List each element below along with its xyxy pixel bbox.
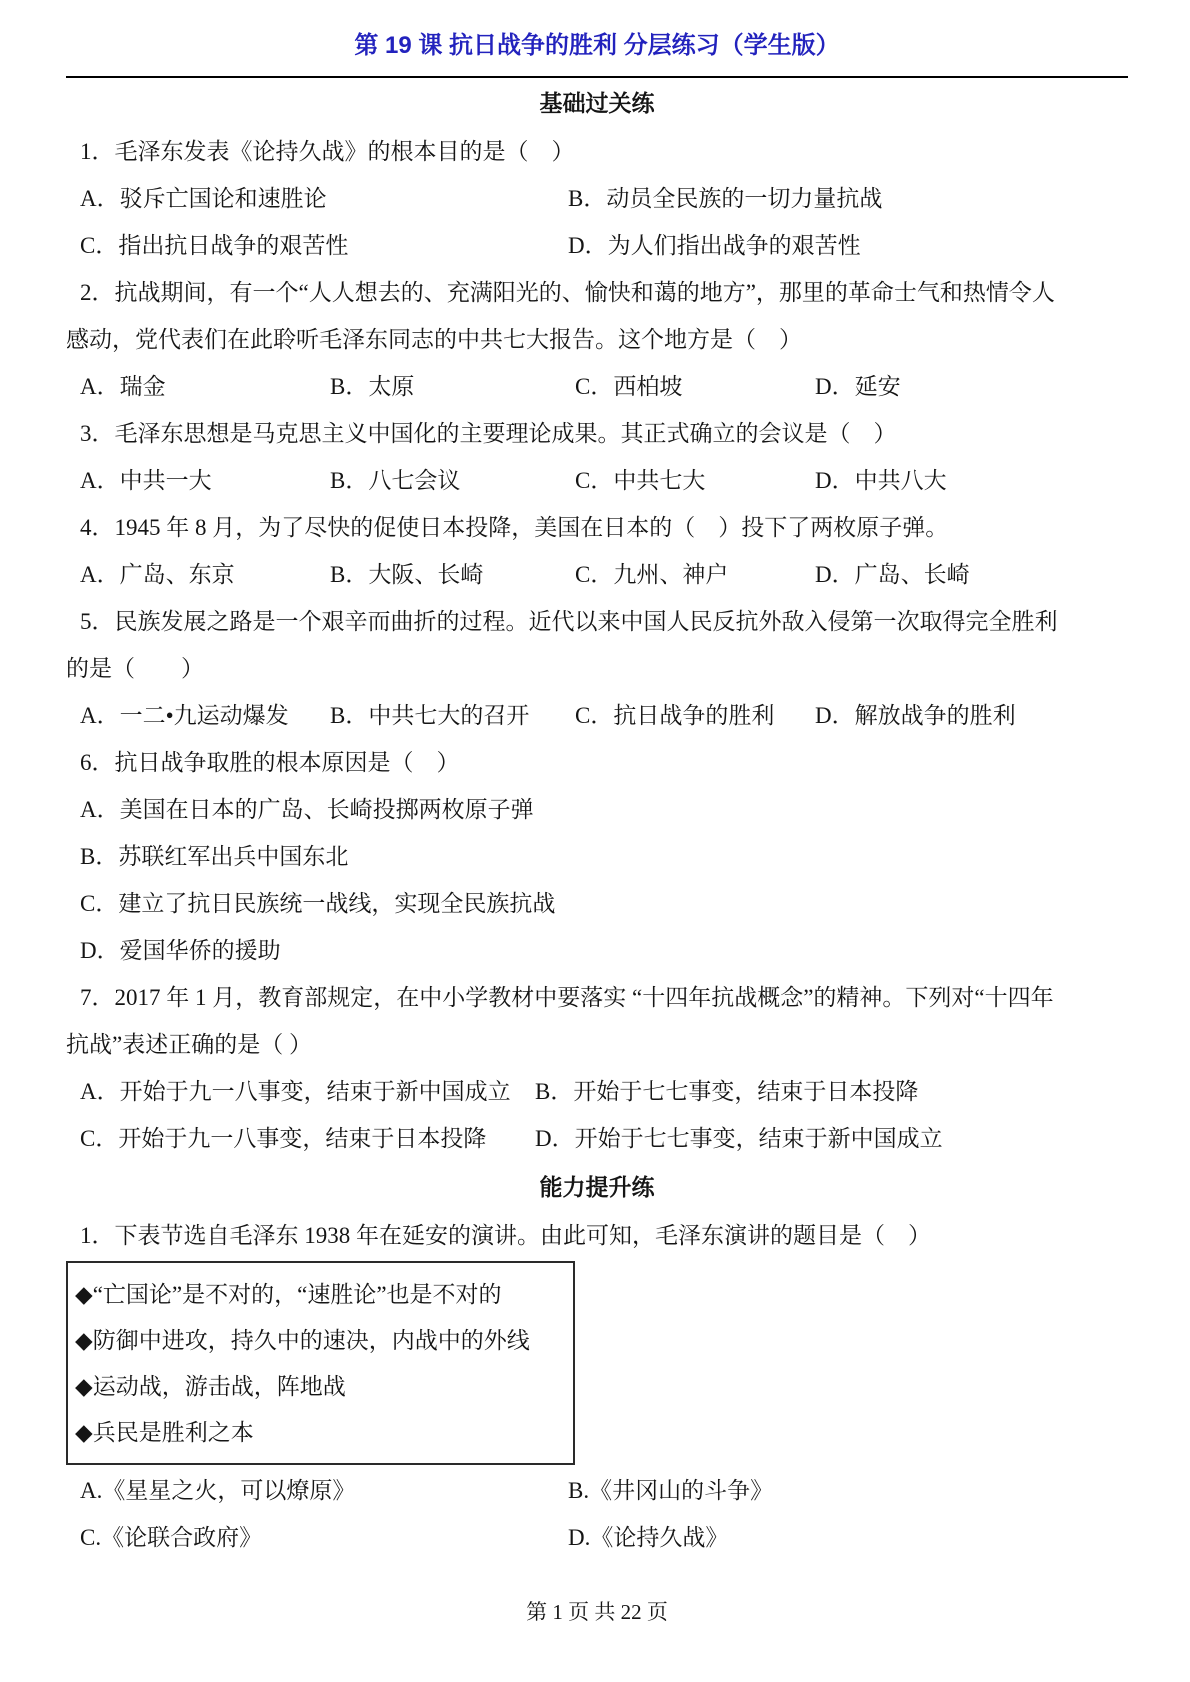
q5-option-b: B．中共七大的召开 (330, 692, 575, 739)
q5-stem-line2: 的是（ ） (66, 645, 1128, 692)
excerpt-bullet-item: ◆运动战，游击战，阵地战 (75, 1364, 567, 1410)
q1-options-row-ab: A．驳斥亡国论和速胜论 B．动员全民族的一切力量抗战 (66, 175, 1128, 222)
q4-option-d: D．广岛、长崎 (815, 551, 1128, 598)
q7-option-d: D．开始于七七事变，结束于新中国成立 (535, 1115, 1128, 1162)
q3-option-b: B．八七会议 (330, 457, 575, 504)
adv-q1-option-a: A.《星星之火，可以燎原》 (80, 1467, 568, 1514)
q1-option-b: B．动员全民族的一切力量抗战 (568, 175, 1128, 222)
q7-option-c: C．开始于九一八事变，结束于日本投降 (80, 1115, 535, 1162)
q2-stem-line1: 2．抗战期间，有一个“人人想去的、充满阳光的、愉快和蔼的地方”，那里的革命士气和… (66, 269, 1128, 316)
q4-option-a: A．广岛、东京 (80, 551, 330, 598)
q7-option-b: B．开始于七七事变，结束于日本投降 (535, 1068, 1128, 1115)
speech-excerpt-box: ◆“亡国论”是不对的，“速胜论”也是不对的 ◆防御中进攻，持久中的速决，内战中的… (66, 1261, 575, 1465)
q3-option-a: A．中共一大 (80, 457, 330, 504)
q7-stem-line2: 抗战”表述正确的是（ ） (66, 1021, 1128, 1068)
section-heading-basic: 基础过关练 (66, 78, 1128, 128)
q3-option-c: C．中共七大 (575, 457, 815, 504)
q5-option-d: D．解放战争的胜利 (815, 692, 1128, 739)
page-footer: 第 1 页 共 22 页 (66, 1589, 1128, 1636)
adv-q1-options-row-ab: A.《星星之火，可以燎原》 B.《井冈山的斗争》 (66, 1467, 1128, 1514)
q5-option-a: A．一二•九运动爆发 (80, 692, 330, 739)
q6-option-a: A．美国在日本的广岛、长崎投掷两枚原子弹 (66, 786, 1128, 833)
q7-option-a: A．开始于九一八事变，结束于新中国成立 (80, 1068, 535, 1115)
q2-stem-line2: 感动，党代表们在此聆听毛泽东同志的中共七大报告。这个地方是（ ） (66, 316, 1128, 363)
q7-options-row-cd: C．开始于九一八事变，结束于日本投降 D．开始于七七事变，结束于新中国成立 (66, 1115, 1128, 1162)
q3-options-row: A．中共一大 B．八七会议 C．中共七大 D．中共八大 (66, 457, 1128, 504)
q4-stem: 4．1945 年 8 月，为了尽快的促使日本投降，美国在日本的（ ）投下了两枚原… (66, 504, 1128, 551)
q4-options-row: A．广岛、东京 B．大阪、长崎 C．九州、神户 D．广岛、长崎 (66, 551, 1128, 598)
excerpt-bullet-item: ◆兵民是胜利之本 (75, 1410, 567, 1456)
q1-option-d: D．为人们指出战争的艰苦性 (568, 222, 1128, 269)
q2-option-c: C．西柏坡 (575, 363, 815, 410)
adv-q1-option-c: C.《论联合政府》 (80, 1514, 568, 1561)
worksheet-page: 第 19 课 抗日战争的胜利 分层练习（学生版） 基础过关练 1．毛泽东发表《论… (0, 0, 1190, 1682)
q1-options-row-cd: C．指出抗日战争的艰苦性 D．为人们指出战争的艰苦性 (66, 222, 1128, 269)
section-heading-advanced: 能力提升练 (66, 1162, 1128, 1212)
adv-q1-option-d: D.《论持久战》 (568, 1514, 1128, 1561)
q6-option-c: C．建立了抗日民族统一战线，实现全民族抗战 (66, 880, 1128, 927)
q2-option-a: A．瑞金 (80, 363, 330, 410)
q5-stem-line1: 5．民族发展之路是一个艰辛而曲折的过程。近代以来中国人民反抗外敌入侵第一次取得完… (66, 598, 1128, 645)
q6-option-d: D．爱国华侨的援助 (66, 927, 1128, 974)
q2-option-d: D．延安 (815, 363, 1128, 410)
excerpt-bullet-item: ◆防御中进攻，持久中的速决，内战中的外线 (75, 1318, 567, 1364)
q1-option-a: A．驳斥亡国论和速胜论 (80, 175, 568, 222)
adv-q1-options-row-cd: C.《论联合政府》 D.《论持久战》 (66, 1514, 1128, 1561)
q5-options-row: A．一二•九运动爆发 B．中共七大的召开 C．抗日战争的胜利 D．解放战争的胜利 (66, 692, 1128, 739)
q2-options-row: A．瑞金 B．太原 C．西柏坡 D．延安 (66, 363, 1128, 410)
q4-option-c: C．九州、神户 (575, 551, 815, 598)
q1-stem: 1．毛泽东发表《论持久战》的根本目的是（ ） (66, 128, 1128, 175)
q4-option-b: B．大阪、长崎 (330, 551, 575, 598)
q3-option-d: D．中共八大 (815, 457, 1128, 504)
page-title: 第 19 课 抗日战争的胜利 分层练习（学生版） (66, 22, 1128, 70)
q3-stem: 3．毛泽东思想是马克思主义中国化的主要理论成果。其正式确立的会议是（ ） (66, 410, 1128, 457)
q5-option-c: C．抗日战争的胜利 (575, 692, 815, 739)
q6-option-b: B．苏联红军出兵中国东北 (66, 833, 1128, 880)
q2-option-b: B．太原 (330, 363, 575, 410)
adv-q1-option-b: B.《井冈山的斗争》 (568, 1467, 1128, 1514)
q6-stem: 6．抗日战争取胜的根本原因是（ ） (66, 739, 1128, 786)
q7-options-row-ab: A．开始于九一八事变，结束于新中国成立 B．开始于七七事变，结束于日本投降 (66, 1068, 1128, 1115)
excerpt-bullet-item: ◆“亡国论”是不对的，“速胜论”也是不对的 (75, 1272, 567, 1318)
adv-q1-stem: 1．下表节选自毛泽东 1938 年在延安的演讲。由此可知，毛泽东演讲的题目是（ … (66, 1212, 1128, 1259)
q7-stem-line1: 7．2017 年 1 月，教育部规定，在中小学教材中要落实 “十四年抗战概念”的… (66, 974, 1128, 1021)
q1-option-c: C．指出抗日战争的艰苦性 (80, 222, 568, 269)
